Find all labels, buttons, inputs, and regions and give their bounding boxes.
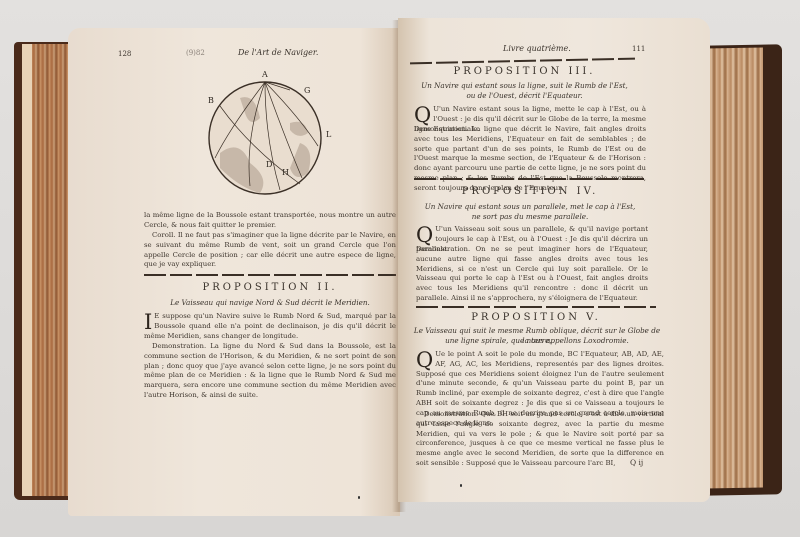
library-stamp: (9)82 (186, 49, 205, 57)
globe-illustration-icon (190, 68, 340, 203)
dropcap: I (144, 313, 152, 331)
section-rule (416, 306, 656, 308)
proposition-iv-title: PROPOSITION IV. (414, 186, 646, 197)
section-rule (414, 178, 646, 180)
section-rule (144, 274, 396, 276)
left-paragraph-corollary: Coroll. Il ne faut pas s'imaginer que la… (144, 231, 396, 270)
proposition-iii-demonstration: Demonstration. La ligne que décrit le Na… (414, 125, 646, 194)
right-page: Livre quatrième. 111 PROPOSITION III. Un… (398, 18, 710, 502)
proposition-v-subtitle-2: une ligne spirale, que nous appellons Lo… (412, 336, 662, 346)
proposition-iv-demonstration: Demonstration. On ne se peut imaginer ho… (416, 245, 648, 304)
figure-label-b: B (208, 96, 214, 105)
left-page: 128 (9)82 De l'Art de Naviger. A B G L D… (68, 28, 400, 516)
paper-speck (358, 496, 360, 499)
right-running-head: Livre quatrième. (503, 44, 571, 53)
proposition-ii-title: PROPOSITION II. (144, 282, 396, 293)
left-page-edges (22, 44, 72, 496)
proposition-iii-title: PROPOSITION III. (412, 66, 637, 77)
signature-mark: Q ij (630, 458, 643, 467)
figure-label-a: A (262, 70, 268, 79)
paper-speck (460, 484, 462, 487)
proposition-iv-subtitle-2: ne sort pas du mesme parallele. (414, 212, 646, 222)
proposition-iii-subtitle-1: Un Navire qui estant sous la ligne, suit… (412, 81, 637, 91)
left-paragraph-1: la même ligne de la Boussole estant tran… (144, 211, 396, 231)
globe-figure: A B G L D H (190, 68, 340, 203)
section-rule (410, 58, 635, 65)
figure-label-d: D (266, 160, 272, 169)
right-page-number: 111 (632, 45, 645, 53)
proposition-iv-subtitle-1: Un Navire qui estant sous un parallele, … (414, 202, 646, 212)
proposition-iii-subtitle-2: ou de l'Ouest, décrit l'Equateur. (412, 91, 637, 101)
figure-label-g: G (304, 86, 310, 95)
left-page-number: 128 (118, 50, 131, 58)
proposition-ii-text: IE suppose qu'un Navire suive le Rumb No… (144, 312, 396, 341)
proposition-v-demonstration: Demonstration. Que BH soit un grand cerc… (416, 410, 664, 469)
figure-label-h: H (282, 168, 289, 177)
left-running-head: De l'Art de Naviger. (238, 48, 318, 57)
dropcap: Q (414, 106, 431, 124)
proposition-ii-subtitle: Le Vaisseau qui navige Nord & Sud décrit… (144, 298, 396, 308)
proposition-v-title: PROPOSITION V. (416, 312, 656, 323)
proposition-ii-demonstration: Demonstration. La ligne du Nord & Sud da… (144, 342, 396, 401)
right-page-edges (705, 47, 763, 488)
dropcap: Q (416, 226, 433, 244)
figure-label-l: L (326, 130, 331, 139)
dropcap: Q (416, 351, 433, 369)
